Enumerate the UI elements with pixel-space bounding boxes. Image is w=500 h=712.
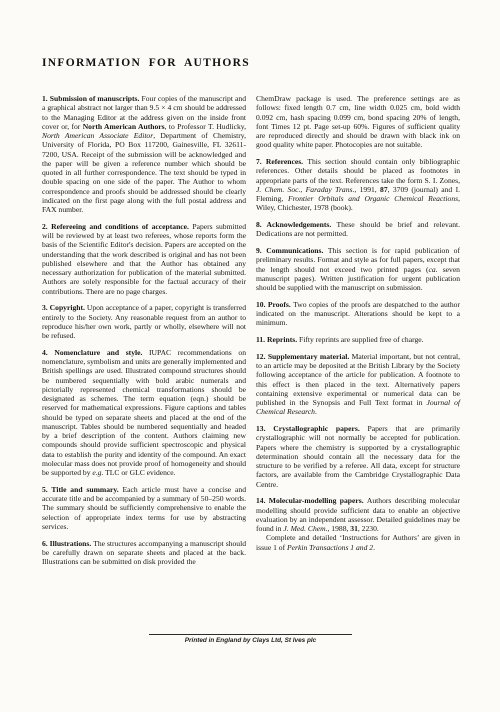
body-text: ChemDraw package is used. The preference…: [256, 94, 460, 149]
bold-text: 13. Crystallographic papers.: [256, 424, 368, 433]
body-text: Papers submitted will be reviewed by at …: [42, 222, 246, 296]
italic-text: J. Chem. Soc., Faraday Trans.: [256, 185, 354, 194]
bold-text: North American Authors: [83, 122, 165, 131]
two-column-body: 1. Submission of manuscripts. Four copie…: [42, 94, 460, 566]
body-text: , 2230.: [358, 524, 379, 533]
paragraph: 3. Copyright. Upon acceptance of a paper…: [42, 303, 246, 340]
body-text: .: [315, 407, 317, 416]
bold-text: 5. Title and summary.: [42, 485, 123, 494]
body-text: , 1991,: [354, 185, 380, 194]
body-text: .: [373, 543, 375, 552]
paragraph: 5. Title and summary. Each article must …: [42, 485, 246, 531]
paragraph: 9. Communications. This section is for r…: [256, 246, 460, 292]
bold-text: 6. Illustrations.: [42, 539, 93, 548]
bold-text: 4. Nomenclature and style.: [42, 348, 149, 357]
left-column: 1. Submission of manuscripts. Four copie…: [42, 94, 246, 566]
bold-text: 87: [380, 185, 388, 194]
italic-text: Perkin Transactions 1 and 2: [287, 543, 373, 552]
bold-text: 11. Reprints.: [256, 335, 299, 344]
bold-text: 7. References.: [256, 157, 307, 166]
paragraph: 11. Reprints. Fifty reprints are supplie…: [256, 335, 460, 344]
bold-text: 31: [350, 524, 358, 533]
paragraph: 13. Crystallographic papers. Papers that…: [256, 424, 460, 489]
paragraph: Complete and detailed ‘Instructions for …: [256, 533, 460, 552]
paragraph: 2. Refereeing and conditions of acceptan…: [42, 222, 246, 296]
body-text: , 1988,: [328, 524, 351, 533]
bold-text: 9. Communications.: [256, 246, 328, 255]
paragraph: 4. Nomenclature and style. IUPAC recomme…: [42, 348, 246, 478]
italic-text: North American Associate Editor: [42, 131, 153, 140]
body-text: IUPAC recommendations on nomenclature, s…: [42, 348, 246, 477]
italic-text: e.g.: [92, 468, 103, 477]
paragraph: 14. Molecular-modelling papers. Authors …: [256, 496, 460, 533]
printer-imprint: Printed in England by Clays Ltd, St Ives…: [149, 637, 352, 644]
body-text: Fifty reprints are supplied free of char…: [299, 335, 423, 344]
bold-text: 10. Proofs.: [256, 300, 293, 309]
document-page: INFORMATION FOR AUTHORS 1. Submission of…: [0, 0, 500, 712]
bold-text: 14. Molecular-modelling papers.: [256, 496, 367, 505]
bold-text: 3. Copyright.: [42, 303, 87, 312]
body-text: , to Professor T. Hudlicky,: [165, 122, 246, 131]
bold-text: 2. Refereeing and conditions of acceptan…: [42, 222, 192, 231]
paragraph: 7. References. This section should conta…: [256, 157, 460, 213]
paragraph: 10. Proofs. Two copies of the proofs are…: [256, 300, 460, 328]
page-title: INFORMATION FOR AUTHORS: [42, 57, 250, 69]
bold-text: 8. Acknowledgements.: [256, 220, 337, 229]
paragraph: 6. Illustrations. The structures accompa…: [42, 539, 246, 567]
paragraph: 12. Supplementary material. Material imp…: [256, 352, 460, 417]
italic-text: ca.: [429, 265, 438, 274]
body-text: TLC or GLC evidence.: [103, 468, 175, 477]
bold-text: 1. Submission of manuscripts.: [42, 94, 142, 103]
body-text: Papers that are primarily crystallograph…: [256, 424, 460, 489]
bold-text: 12. Supplementary material.: [256, 352, 352, 361]
body-text: , Department of Chemistry, University of…: [42, 131, 246, 214]
italic-text: J. Med. Chem.: [283, 524, 327, 533]
paragraph: ChemDraw package is used. The preference…: [256, 94, 460, 150]
right-column: ChemDraw package is used. The preference…: [256, 94, 460, 566]
italic-text: Frontier Orbitals and Organic Chemical R…: [288, 194, 458, 203]
paragraph: 8. Acknowledgements. These should be bri…: [256, 220, 460, 239]
footer-rule: [149, 634, 352, 635]
paragraph: 1. Submission of manuscripts. Four copie…: [42, 94, 246, 214]
